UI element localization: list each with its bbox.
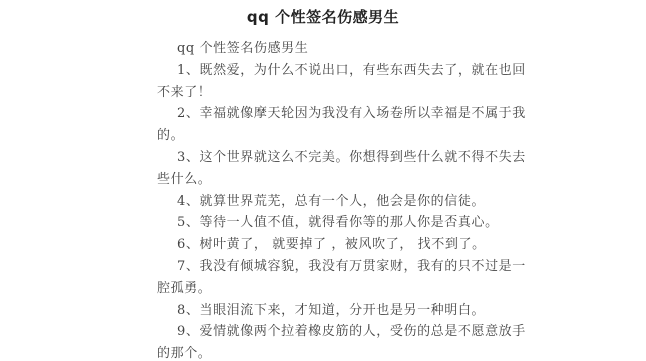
paragraph-line-continuation: 的那个。 <box>157 343 487 361</box>
paragraph-line: 6、树叶黄了， 就要掉了 ，被风吹了， 找不到了。 <box>157 234 487 256</box>
paragraph-line-continuation: 腔孤勇。 <box>157 278 487 300</box>
paragraph-line: 2、幸福就像摩天轮因为我没有入场卷所以幸福是不属于我 <box>157 103 487 125</box>
paragraph-line: 8、当眼泪流下来，才知道，分开也是另一种明白。 <box>157 300 487 322</box>
paragraph-line: 4、就算世界荒芜，总有一个人，他会是你的信徒。 <box>157 191 487 213</box>
paragraph-line-continuation: 些什么。 <box>157 169 487 191</box>
document-title: qq 个性签名伤感男生 <box>0 6 646 27</box>
document-body: qq 个性签名伤感男生 1、既然爱，为什么不说出口，有些东西失去了，就在也回 不… <box>157 38 487 361</box>
paragraph-line: 5、等待一人值不值，就得看你等的那人你是否真心。 <box>157 212 487 234</box>
paragraph-line: 7、我没有倾城容貌，我没有万贯家财，我有的只不过是一 <box>157 256 487 278</box>
paragraph-line: 1、既然爱，为什么不说出口，有些东西失去了，就在也回 <box>157 60 487 82</box>
paragraph-line-continuation: 的。 <box>157 125 487 147</box>
paragraph-line-continuation: 不来了！ <box>157 82 487 104</box>
paragraph-line: 9、爱情就像两个拉着橡皮筋的人，受伤的总是不愿意放手 <box>157 321 487 343</box>
intro-line: qq 个性签名伤感男生 <box>157 38 487 60</box>
paragraph-line: 3、这个世界就这么不完美。你想得到些什么就不得不失去 <box>157 147 487 169</box>
